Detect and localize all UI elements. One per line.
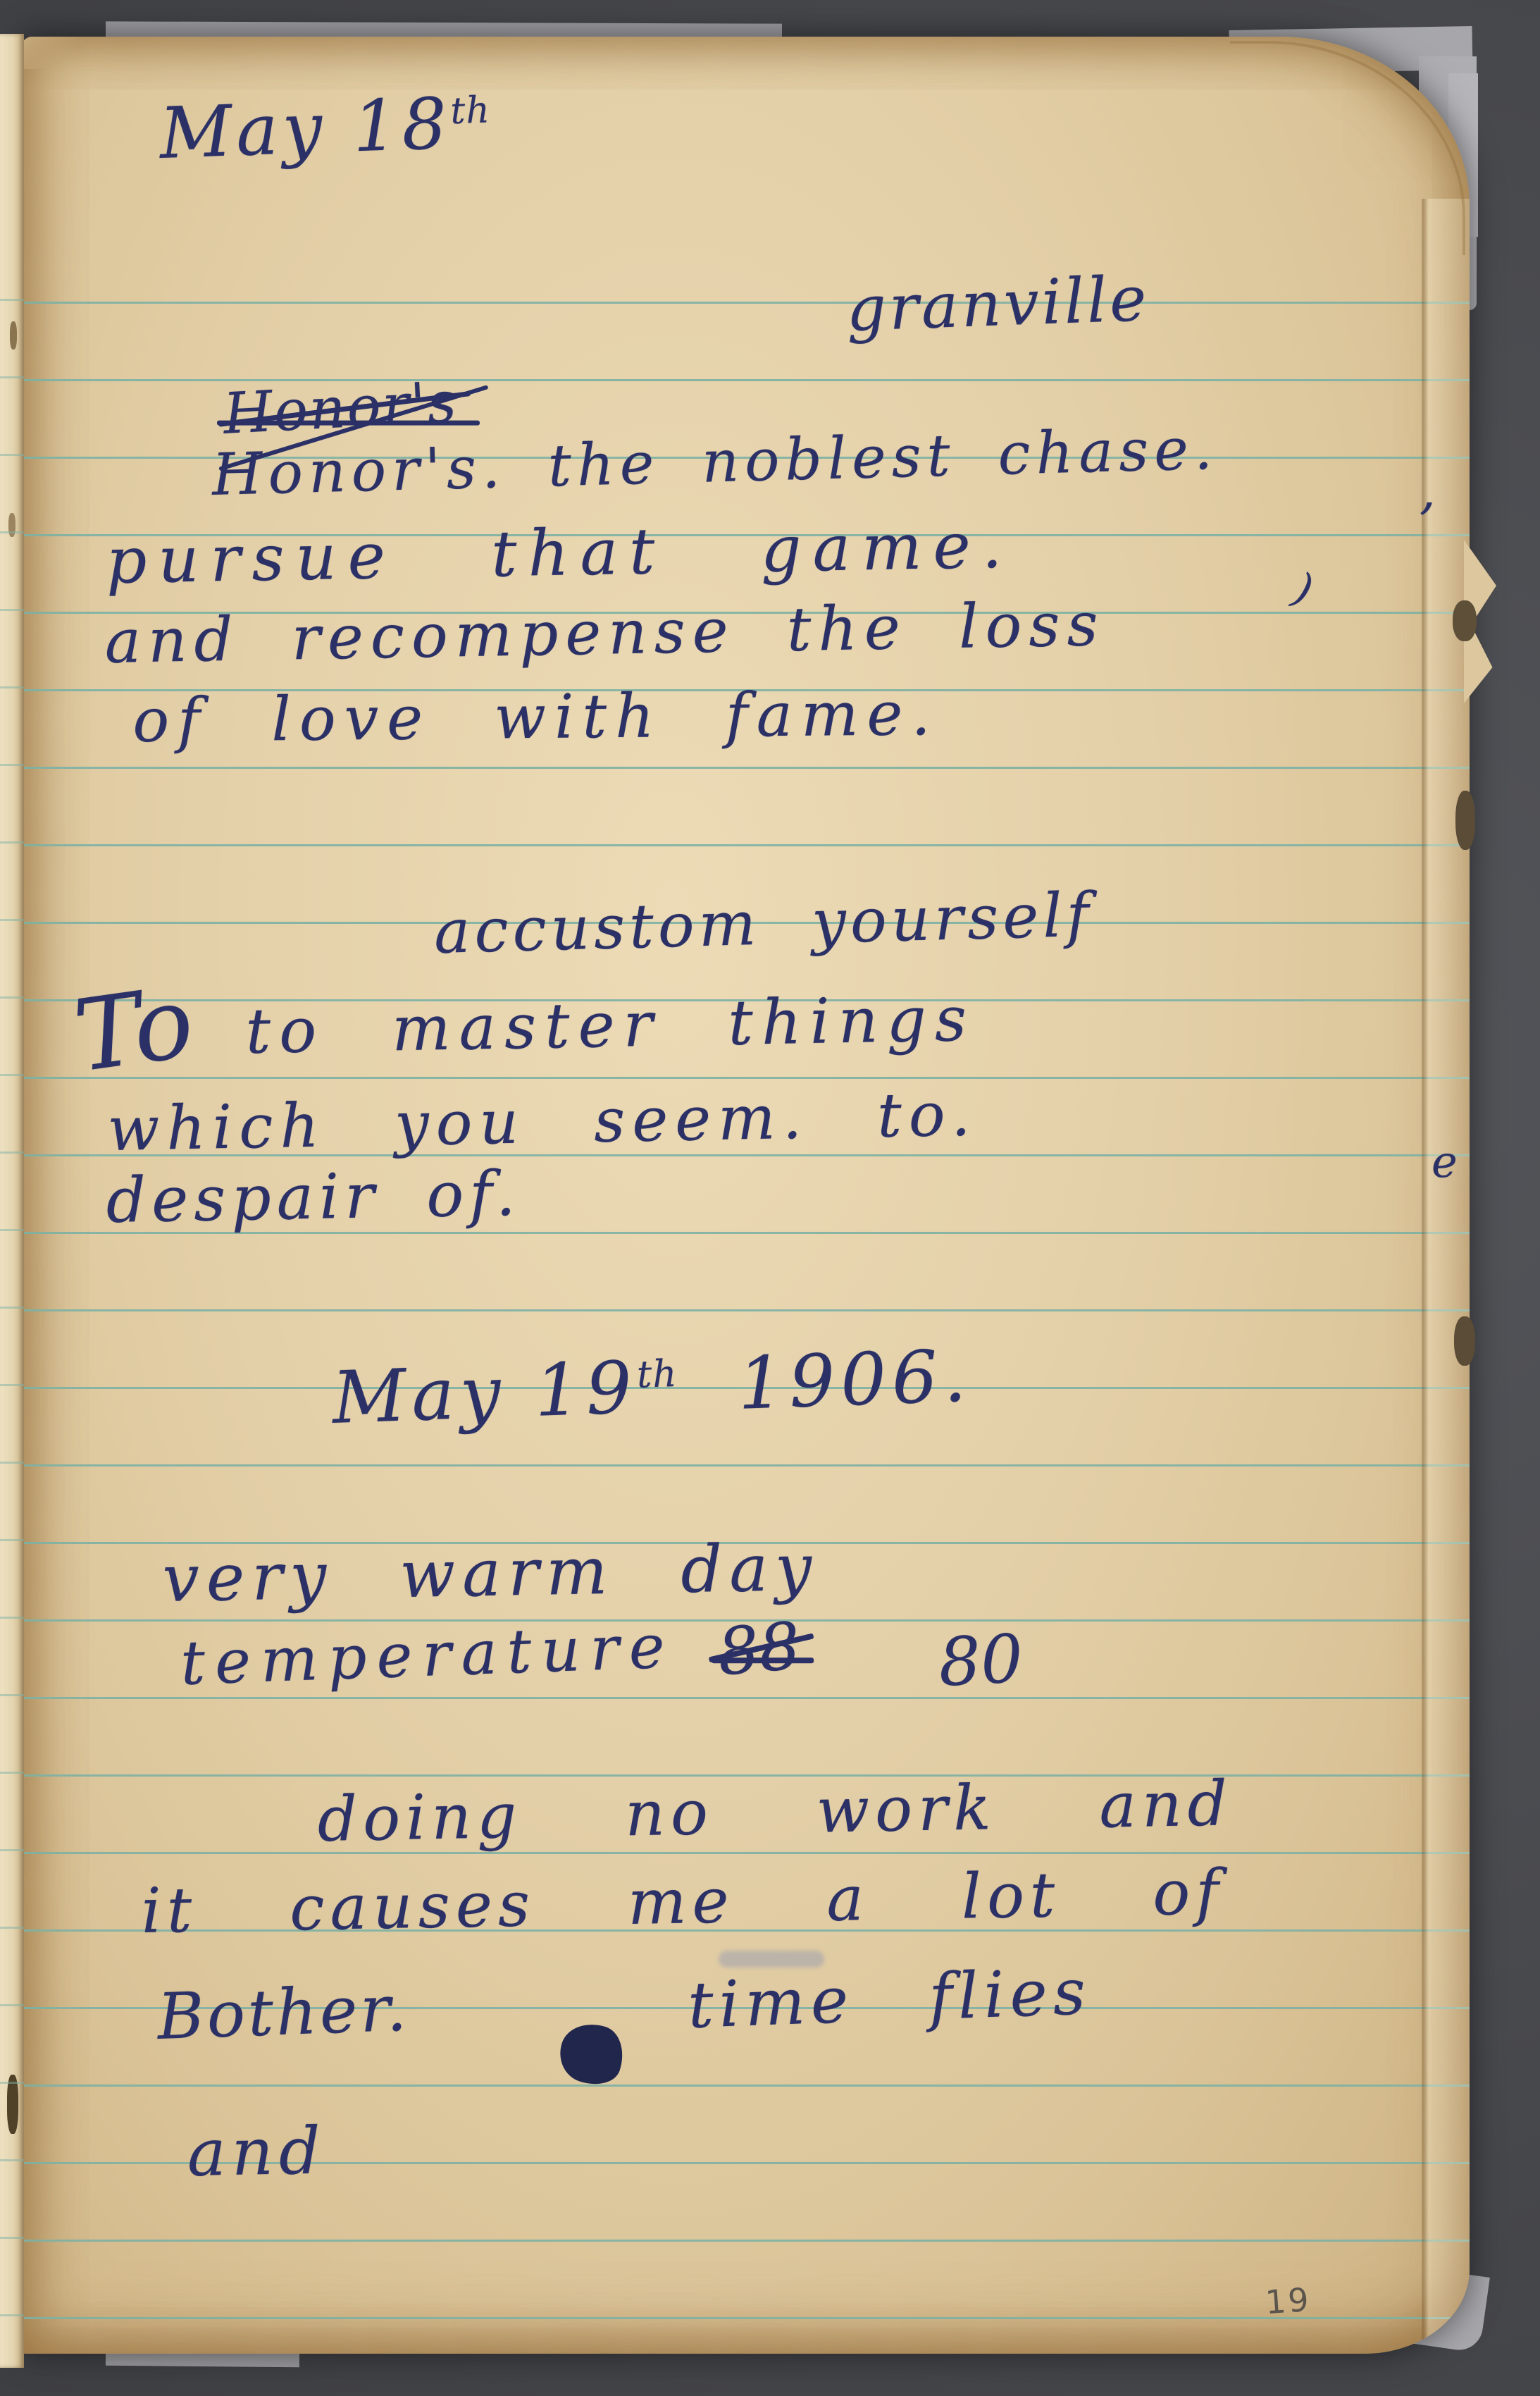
torn-notch-1 — [1453, 600, 1477, 641]
verse-line-2: pursue that game. — [106, 514, 1014, 593]
strike-bar — [712, 1657, 814, 1663]
crossed-out-word: Honor's — [222, 374, 459, 443]
torn-notch-2 — [1455, 791, 1475, 850]
diary-line-3: Bother. — [156, 1977, 410, 2049]
entry1-location: granville — [845, 268, 1150, 340]
vertical-crease — [1422, 199, 1470, 2354]
weather-line: very warm day — [162, 1536, 819, 1612]
notebook-page: May 18th granville Honor's Honor's. the … — [21, 37, 1470, 2354]
entry1-date-suffix: th — [449, 89, 490, 132]
strike-bar — [217, 421, 480, 426]
diary-line-2: it causes me a lot of — [141, 1861, 1225, 1942]
entry2-date: May 19th 1906. — [331, 1340, 973, 1435]
verse-line-3: and recompense the loss — [104, 594, 1105, 672]
quote-line-1: accustom yourself — [433, 885, 1094, 963]
binding-stub — [0, 34, 24, 2368]
margin-scribble: To — [69, 973, 199, 1087]
entry2-date-text: May 19 — [331, 1346, 639, 1440]
quote-line-3: which you seem. to. — [107, 1084, 978, 1160]
temperature-label: temperature — [180, 1617, 676, 1694]
quote-line-2: to master things — [245, 988, 976, 1063]
page-number: 19 — [1264, 2280, 1312, 2321]
temperature-crossed: 88 — [715, 1614, 803, 1686]
diary-line-1: doing no work and — [317, 1772, 1234, 1851]
entry1-date-text: May 18 — [159, 82, 452, 175]
stray-mark-comma: , — [1420, 465, 1436, 516]
stray-mark-e: e — [1432, 1140, 1458, 1184]
temperature-value: 80 — [937, 1626, 1024, 1697]
diary-line-5: and — [187, 2119, 327, 2186]
quote-line-4: despair of. — [106, 1163, 521, 1232]
entry2-year: 1906. — [736, 1334, 973, 1426]
scanned-notebook-photo: May 18th granville Honor's Honor's. the … — [0, 0, 1540, 2396]
verse-line-4: of love with fame. — [132, 684, 939, 751]
entry2-date-suffix: th — [636, 1352, 678, 1397]
stub-ruled-lines — [0, 299, 24, 2328]
entry1-date: May 18th — [159, 87, 492, 169]
diary-line-4: time flies — [687, 1960, 1092, 2038]
top-left-fold — [21, 37, 85, 69]
torn-notch-3 — [1454, 1316, 1475, 1366]
